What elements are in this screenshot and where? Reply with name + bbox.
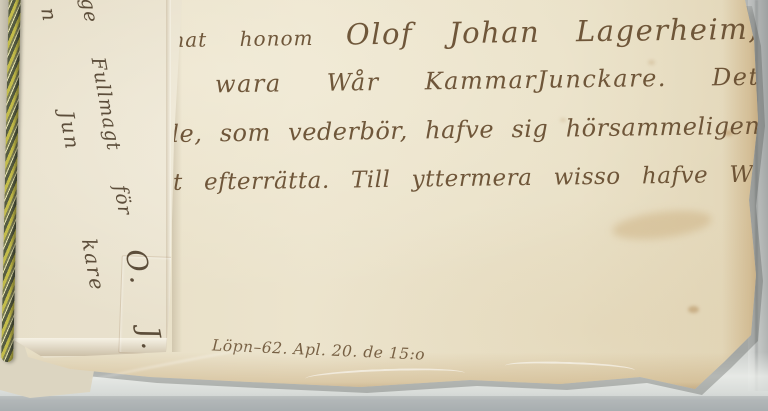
document-photo: rdnat honom Olof Johan Lagerheim, tt war… (0, 0, 768, 411)
manuscript-line-2: tt wara Wår KammarJunckare. Det (147, 53, 760, 111)
manuscript-text-block: rdnat honom Olof Johan Lagerheim, tt war… (147, 5, 762, 209)
manuscript-line-1: rdnat honom Olof Johan Lagerheim, (147, 5, 760, 62)
manuscript-line-3: alle, som vederbör, hafve sig hörsammeli… (148, 102, 761, 160)
line1-name: Olof Johan Lagerheim, (346, 12, 760, 52)
docket-text: ige Fullmagt för O. J. n Jun kare (17, 0, 175, 366)
manuscript-line-4: att efterrätta. Till yttermera wisso haf… (149, 151, 762, 209)
paper-stain (611, 206, 713, 244)
foxing-spot (688, 306, 699, 313)
